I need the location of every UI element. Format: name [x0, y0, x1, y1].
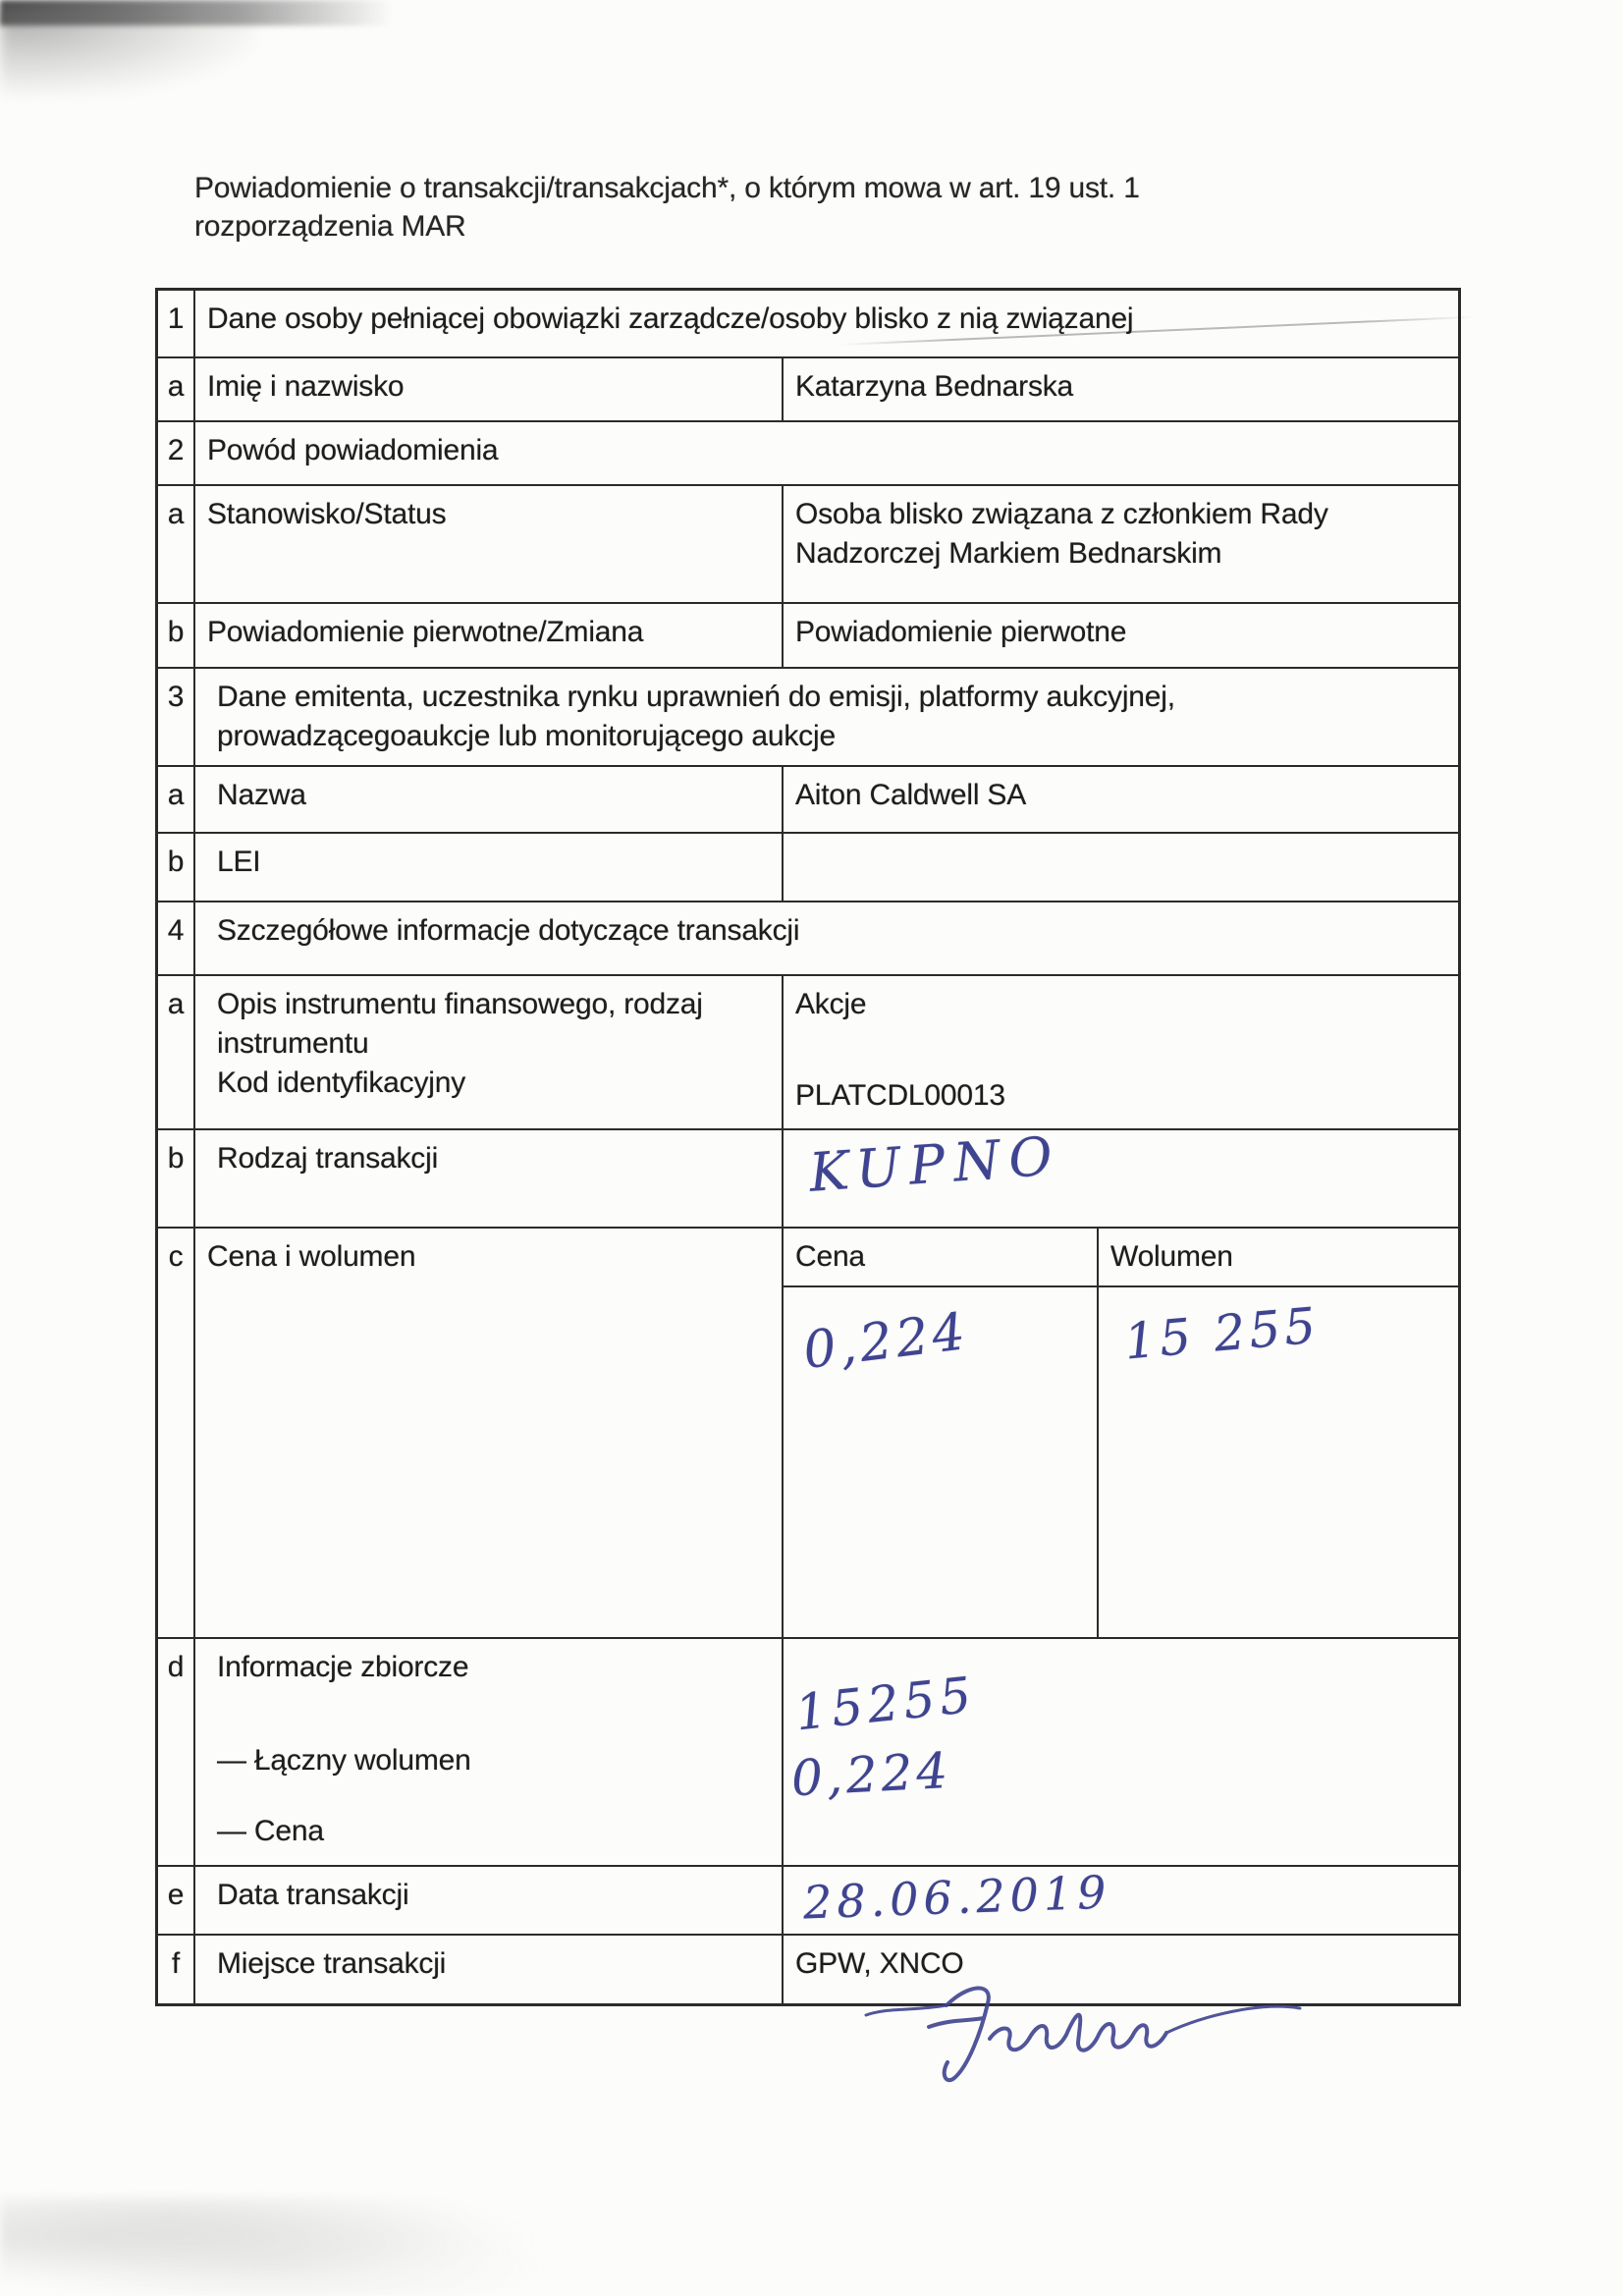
row-value: 15255 0,224	[782, 1639, 1458, 1865]
row-number: 2	[158, 422, 195, 484]
scan-smudge-bottom	[0, 2198, 628, 2296]
row-label: Szczegółowe informacje dotyczące transak…	[195, 902, 1458, 974]
table-row-4e: e Data transakcji 28.06.2019	[158, 1865, 1458, 1934]
volume-cell: 15 255	[1097, 1287, 1458, 1637]
row-label: Data transakcji	[195, 1867, 782, 1934]
table-row-3a: a Nazwa Aiton Caldwell SA	[158, 765, 1458, 832]
row-number: f	[158, 1936, 195, 2003]
row-label: Powód powiadomienia	[195, 422, 1458, 484]
table-row-3b: b LEI	[158, 832, 1458, 901]
row-number: a	[158, 358, 195, 420]
table-row-4a: a Opis instrumentu finansowego, rodzaj i…	[158, 974, 1458, 1128]
row-label: Imię i nazwisko	[195, 358, 782, 420]
handwritten-aggregate-volume: 15255	[793, 1674, 977, 1732]
handwritten-volume: 15 255	[1123, 1305, 1322, 1361]
row-number: a	[158, 976, 195, 1128]
mar-notification-table: 1 Dane osoby pełniącej obowiązki zarządc…	[155, 288, 1461, 2006]
handwritten-aggregate-price: 0,224	[790, 1751, 952, 1798]
instrument-code-label: Kod identyfikacyjny	[217, 1064, 770, 1103]
row-number: 4	[158, 902, 195, 974]
row-number: c	[158, 1229, 195, 1637]
table-row-section-3: 3 Dane emitenta, uczestnika rynku uprawn…	[158, 667, 1458, 765]
table-row-section-1: 1 Dane osoby pełniącej obowiązki zarządc…	[158, 291, 1458, 356]
row-value: Powiadomienie pierwotne	[782, 604, 1458, 667]
price-column-header: Cena	[784, 1229, 1097, 1285]
table-row-4b: b Rodzaj transakcji KUPNO	[158, 1128, 1458, 1227]
table-row-1a: a Imię i nazwisko Katarzyna Bednarska	[158, 356, 1458, 420]
row-number: d	[158, 1639, 195, 1865]
row-value: Aiton Caldwell SA	[782, 767, 1458, 832]
price-cell: 0,224	[784, 1287, 1097, 1637]
row-number: b	[158, 834, 195, 901]
signature-scribble	[852, 1976, 1314, 2094]
row-value: Katarzyna Bednarska	[782, 358, 1458, 420]
scanned-document-page: Powiadomienie o transakcji/transakcjach*…	[0, 0, 1623, 2296]
instrument-code-value: PLATCDL00013	[795, 1076, 1446, 1116]
row-value: Akcje PLATCDL00013	[782, 976, 1458, 1128]
row-value-text: Osoba blisko związana z członkiem Rady N…	[795, 495, 1345, 574]
table-row-4c: c Cena i wolumen Cena Wolumen 0,224 15 2…	[158, 1227, 1458, 1637]
row-label: Powiadomienie pierwotne/Zmiana	[195, 604, 782, 667]
row-number: e	[158, 1867, 195, 1934]
row-value: KUPNO	[782, 1130, 1458, 1227]
row-label: Dane osoby pełniącej obowiązki zarządcze…	[195, 291, 1458, 356]
row-value: 28.06.2019	[782, 1867, 1458, 1934]
handwritten-transaction-type: KUPNO	[808, 1136, 1062, 1193]
row-value-empty	[782, 834, 1458, 901]
row-label-text: Dane emitenta, uczestnika rynku uprawnie…	[217, 678, 1258, 756]
row-number: 3	[158, 669, 195, 765]
row-number: a	[158, 767, 195, 832]
handwritten-price: 0,224	[801, 1312, 970, 1371]
row-number: a	[158, 486, 195, 602]
aggregate-volume-label: — Łączny wolumen	[217, 1741, 770, 1780]
title-line-2: rozporządzenia MAR	[194, 207, 1140, 246]
handwritten-transaction-date: 28.06.2019	[802, 1873, 1111, 1923]
row-label: Informacje zbiorcze — Łączny wolumen — C…	[195, 1639, 782, 1865]
row-label: Stanowisko/Status	[195, 486, 782, 602]
row-label: Miejsce transakcji	[195, 1936, 782, 2003]
instrument-label-line2: instrumentu	[217, 1024, 770, 1064]
row-label: Dane emitenta, uczestnika rynku uprawnie…	[195, 669, 1458, 765]
row-number: b	[158, 604, 195, 667]
scan-smudge-top-blob	[0, 8, 255, 96]
row-label: LEI	[195, 834, 782, 901]
row-number: b	[158, 1130, 195, 1227]
table-row-section-2: 2 Powód powiadomienia	[158, 420, 1458, 484]
row-number: 1	[158, 291, 195, 356]
table-row-section-4: 4 Szczegółowe informacje dotyczące trans…	[158, 901, 1458, 974]
subtable-header-row: Cena Wolumen	[784, 1229, 1458, 1287]
row-label: Cena i wolumen	[195, 1229, 782, 1637]
row-label: Nazwa	[195, 767, 782, 832]
row-label: Opis instrumentu finansowego, rodzaj ins…	[195, 976, 782, 1128]
row-value: Osoba blisko związana z członkiem Rady N…	[782, 486, 1458, 602]
volume-column-header: Wolumen	[1097, 1229, 1458, 1285]
aggregate-price-label: — Cena	[217, 1812, 770, 1851]
document-title: Powiadomienie o transakcji/transakcjach*…	[194, 169, 1140, 246]
title-line-1: Powiadomienie o transakcji/transakcjach*…	[194, 169, 1140, 207]
table-row-4d: d Informacje zbiorcze — Łączny wolumen —…	[158, 1637, 1458, 1865]
row-label: Rodzaj transakcji	[195, 1130, 782, 1227]
instrument-label-line1: Opis instrumentu finansowego, rodzaj	[217, 985, 770, 1024]
table-row-2a: a Stanowisko/Status Osoba blisko związan…	[158, 484, 1458, 602]
aggregate-info-label: Informacje zbiorcze	[217, 1648, 770, 1687]
instrument-type-value: Akcje	[795, 985, 1446, 1024]
table-row-2b: b Powiadomienie pierwotne/Zmiana Powiado…	[158, 602, 1458, 667]
price-volume-subtable: Cena Wolumen 0,224 15 255	[782, 1229, 1458, 1637]
subtable-value-row: 0,224 15 255	[784, 1287, 1458, 1637]
